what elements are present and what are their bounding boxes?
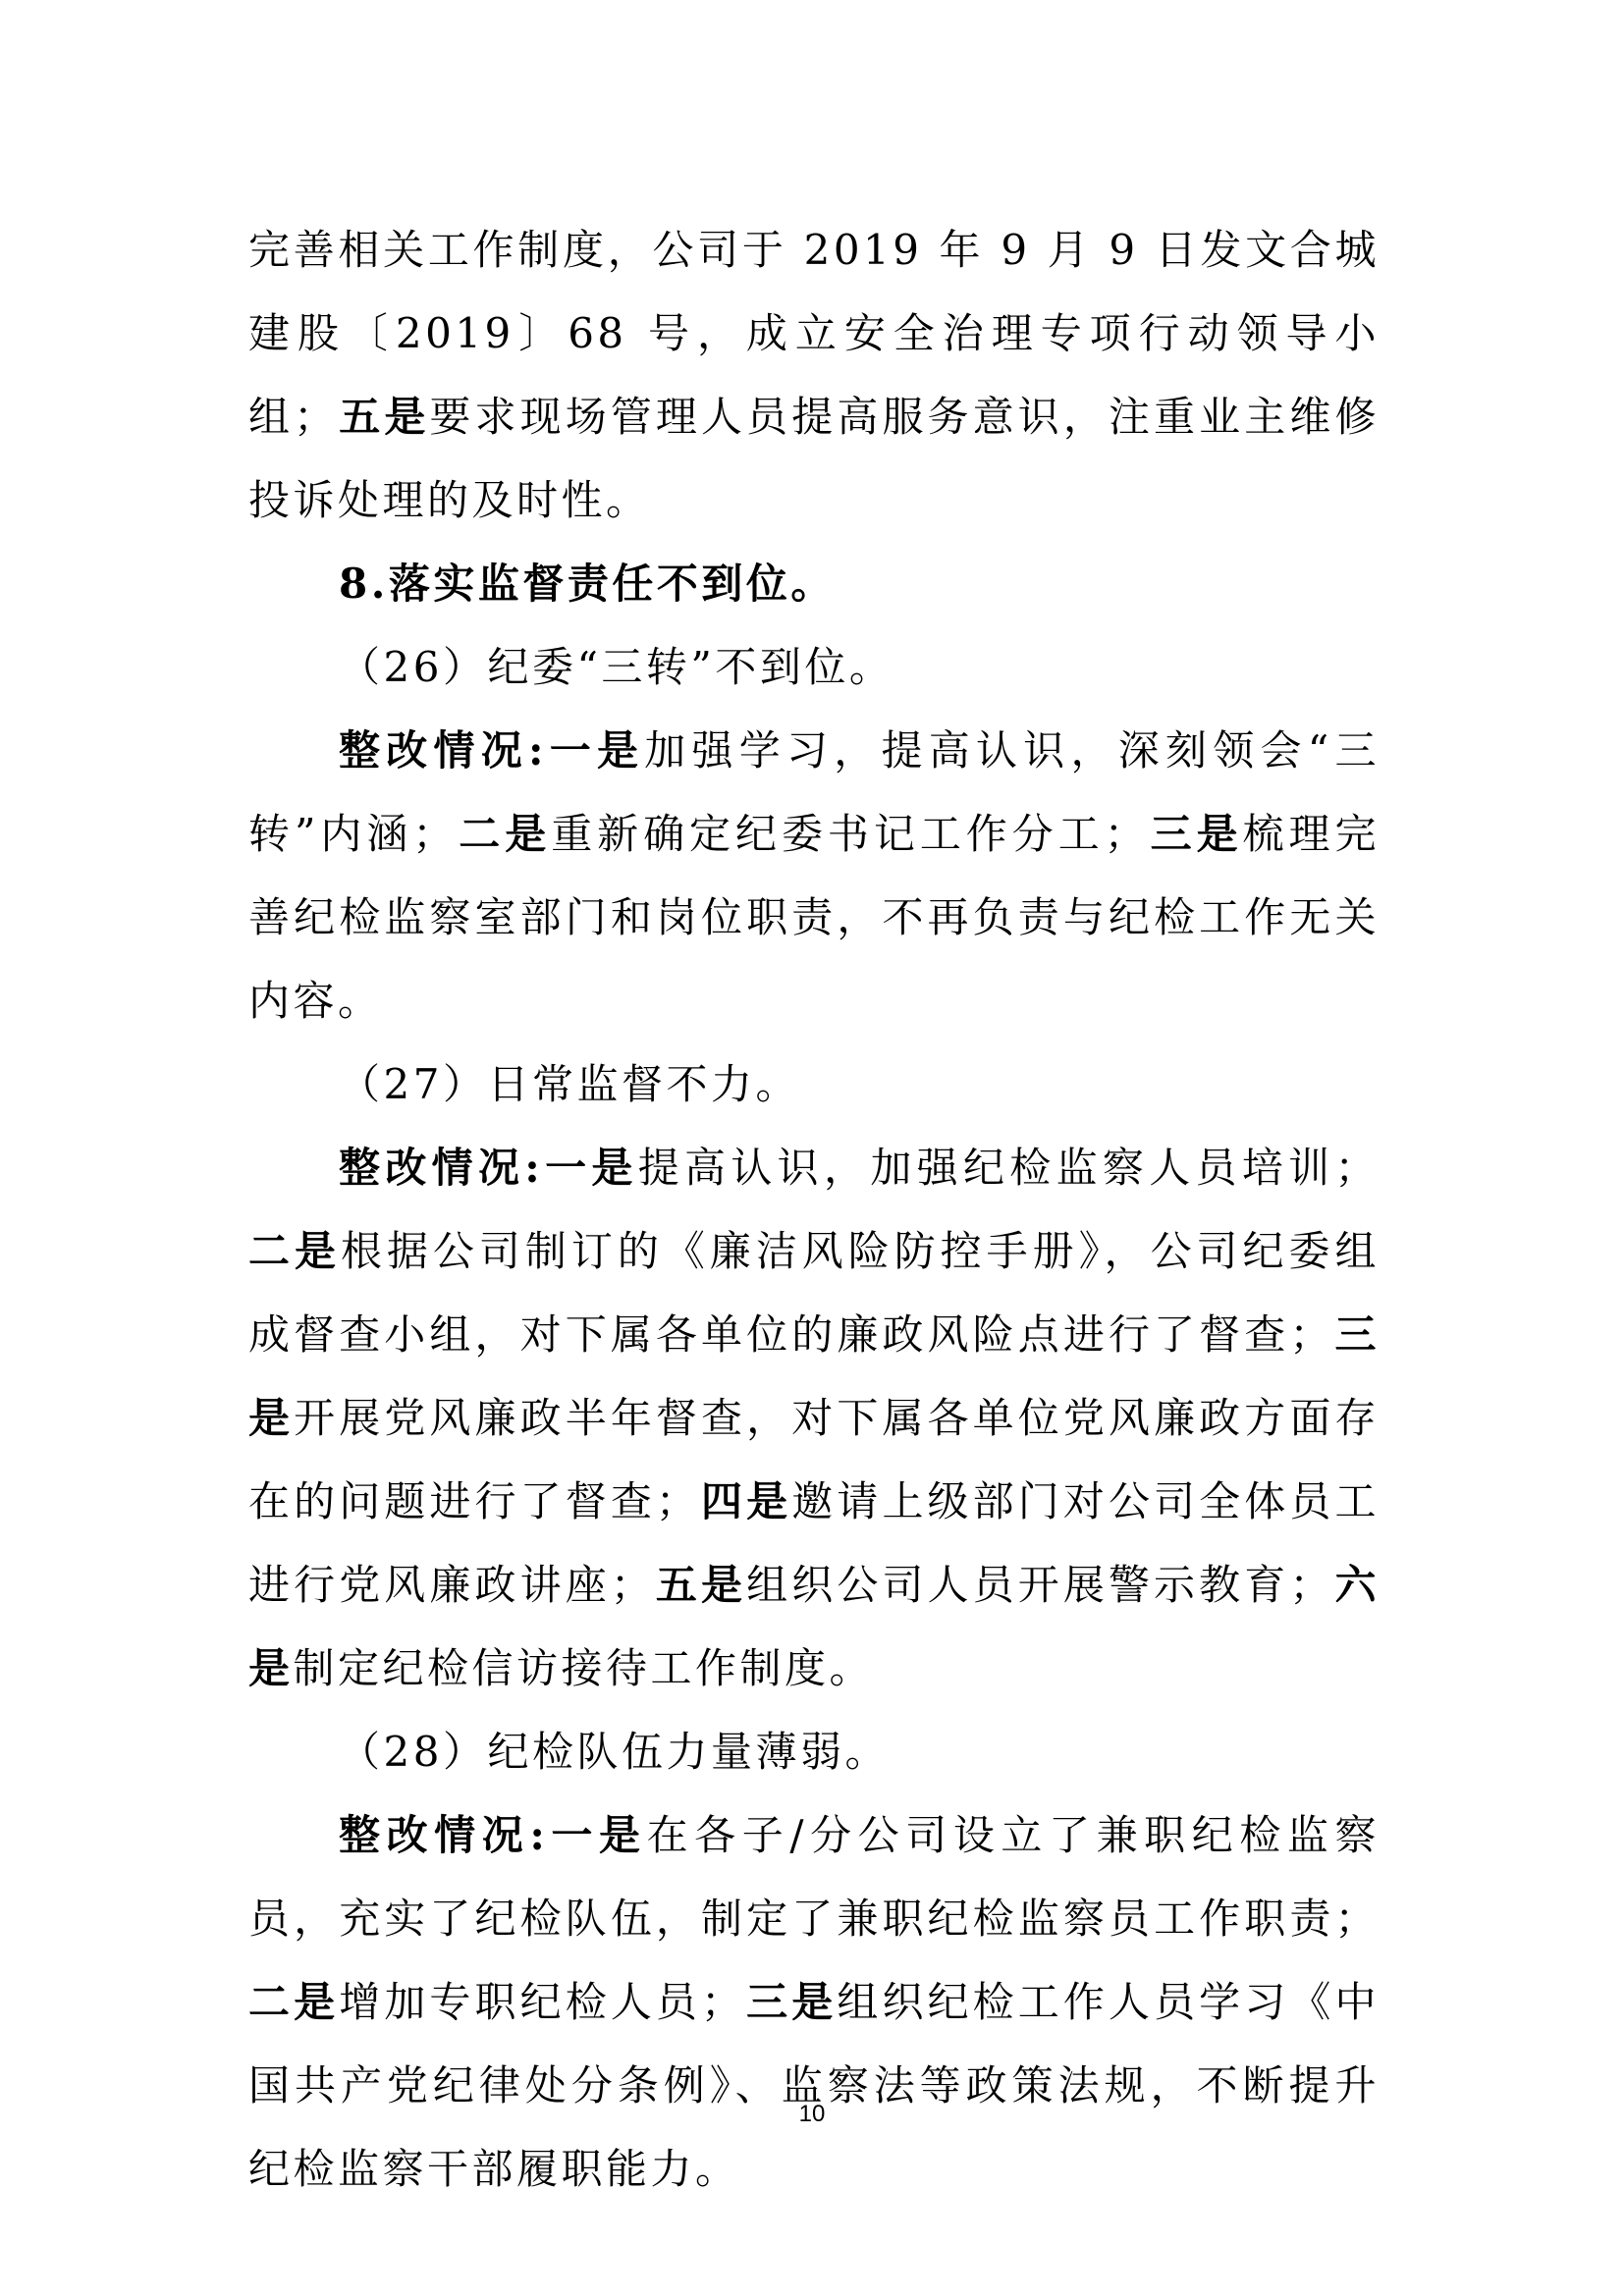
bold-marker: 三是 bbox=[1149, 810, 1242, 858]
bold-marker: 五是 bbox=[339, 393, 430, 441]
document-page: 完善相关工作制度，公司于 2019 年 9 月 9 日发文合城建股〔2019〕6… bbox=[248, 208, 1380, 2211]
text-segment: 重新确定纪委书记工作分工； bbox=[551, 810, 1149, 858]
rectification-label: 整改情况: bbox=[339, 726, 547, 774]
section-heading-text: 8.落实监督责任不到位。 bbox=[339, 560, 836, 608]
section-heading: 8.落实监督责任不到位。 bbox=[248, 542, 1380, 625]
item-title-27: （27）日常监督不力。 bbox=[248, 1042, 1380, 1126]
bold-marker: 一是 bbox=[543, 1144, 637, 1192]
bold-marker: 三是 bbox=[746, 1978, 838, 2026]
item-title-text: （27）日常监督不力。 bbox=[339, 1060, 800, 1108]
bold-marker: 一是 bbox=[547, 726, 644, 774]
bold-marker: 二是 bbox=[458, 810, 551, 858]
item-title-26: （26）纪委“三转”不到位。 bbox=[248, 625, 1380, 709]
text-segment: 组织公司人员开展警示教育； bbox=[746, 1561, 1334, 1609]
text-segment: 增加专职纪检人员； bbox=[339, 1978, 745, 2026]
text-segment: 根据公司制订的《廉洁风险防控手册》，公司纪委组成督查小组，对下属各单位的廉政风险… bbox=[248, 1227, 1380, 1359]
item-title-text: （26）纪委“三转”不到位。 bbox=[339, 643, 893, 691]
page-number: 10 bbox=[0, 2101, 1624, 2128]
rectification-27: 整改情况:一是提高认识，加强纪检监察人员培训；二是根据公司制订的《廉洁风险防控手… bbox=[248, 1126, 1380, 1710]
paragraph-continued: 完善相关工作制度，公司于 2019 年 9 月 9 日发文合城建股〔2019〕6… bbox=[248, 208, 1380, 542]
text-segment: 制定纪检信访接待工作制度。 bbox=[294, 1644, 875, 1692]
bold-marker: 四是 bbox=[700, 1477, 791, 1525]
rectification-26: 整改情况:一是加强学习，提高认识，深刻领会“三转”内涵；二是重新确定纪委书记工作… bbox=[248, 709, 1380, 1042]
bold-marker: 一是 bbox=[548, 1811, 646, 1859]
bold-marker: 五是 bbox=[655, 1561, 746, 1609]
text-segment: 提高认识，加强纪检监察人员培训； bbox=[638, 1144, 1380, 1192]
rectification-label: 整改情况: bbox=[339, 1811, 548, 1859]
rectification-28: 整改情况:一是在各子/分公司设立了兼职纪检监察员，充实了纪检队伍，制定了兼职纪检… bbox=[248, 1793, 1380, 2211]
bold-marker: 二是 bbox=[248, 1227, 341, 1275]
rectification-label: 整改情况: bbox=[339, 1144, 543, 1192]
bold-marker: 二是 bbox=[248, 1978, 339, 2026]
item-title-text: （28）纪检队伍力量薄弱。 bbox=[339, 1728, 890, 1776]
item-title-28: （28）纪检队伍力量薄弱。 bbox=[248, 1710, 1380, 1793]
